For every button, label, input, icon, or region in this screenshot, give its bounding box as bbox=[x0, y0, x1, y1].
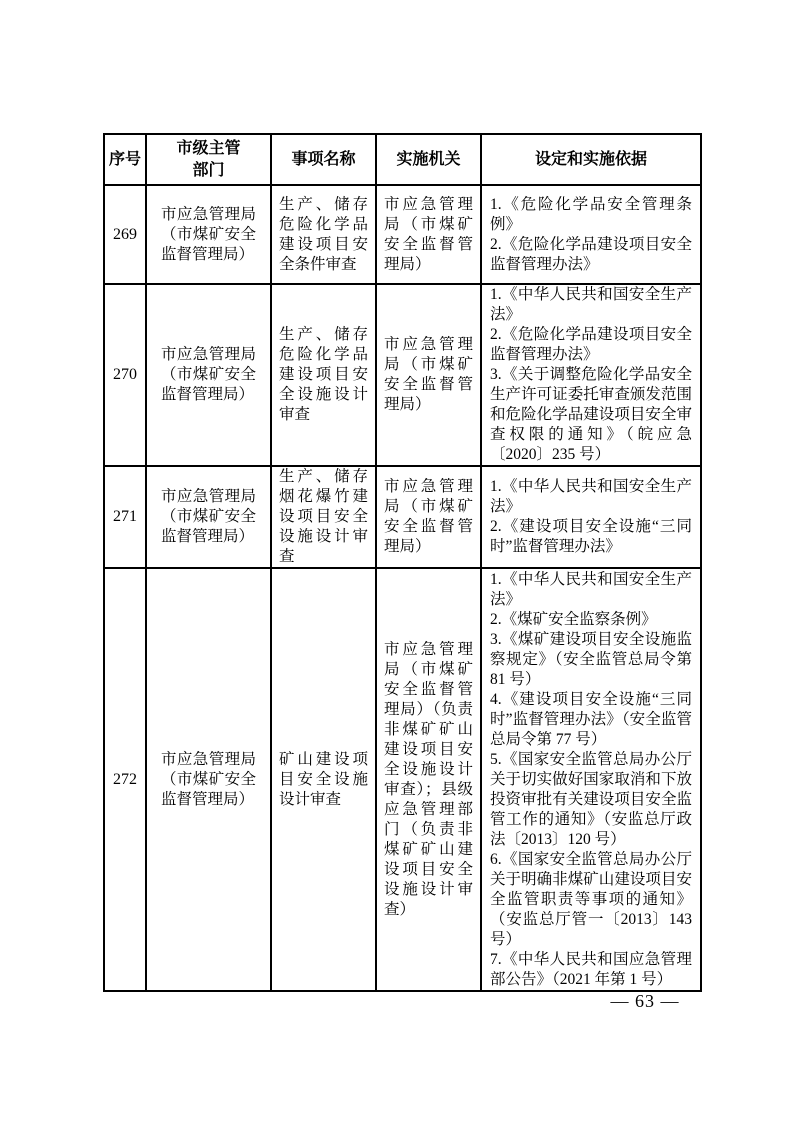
cell-legal-basis: 1.《危险化学品安全管理条例》 2.《危险化学品建设项目安全监督管理办法》 bbox=[481, 185, 701, 284]
cell-legal-basis: 1.《中华人民共和国安全生产法》 2.《危险化学品建设项目安全监督管理办法》 3… bbox=[481, 284, 701, 466]
column-header-legal-basis: 设定和实施依据 bbox=[481, 134, 701, 185]
cell-implementing-agency: 市应急管理局（市煤矿安全监督管理局）（负责非煤矿矿山建设项目安全设施设计审查）；… bbox=[376, 568, 481, 991]
cell-department: 市应急管理局（市煤矿安全监督管理局） bbox=[146, 185, 271, 284]
column-header-department-label: 市级主管部门 bbox=[175, 138, 243, 182]
cell-implementing-agency: 市应急管理局（市煤矿安全监督管理局） bbox=[376, 284, 481, 466]
cell-item-name: 生产、储存危险化学品建设项目安全条件审查 bbox=[271, 185, 376, 284]
cell-serial-number: 271 bbox=[104, 466, 146, 568]
cell-item-name: 生产、储存危险化学品建设项目安全设施设计审查 bbox=[271, 284, 376, 466]
approval-items-table: 序号 市级主管部门 事项名称 实施机关 设定和实施依据 269 市应急管理局（市… bbox=[103, 133, 702, 992]
table-row: 272 市应急管理局（市煤矿安全监督管理局） 矿山建设项目安全设施设计审查 市应… bbox=[104, 568, 701, 991]
header-row: 序号 市级主管部门 事项名称 实施机关 设定和实施依据 bbox=[104, 134, 701, 185]
column-header-serial-number: 序号 bbox=[104, 134, 146, 185]
cell-implementing-agency: 市应急管理局（市煤矿安全监督管理局） bbox=[376, 185, 481, 284]
page-number: — 63 — bbox=[585, 991, 705, 1012]
table-row: 270 市应急管理局（市煤矿安全监督管理局） 生产、储存危险化学品建设项目安全设… bbox=[104, 284, 701, 466]
cell-item-name: 矿山建设项目安全设施设计审查 bbox=[271, 568, 376, 991]
cell-department: 市应急管理局（市煤矿安全监督管理局） bbox=[146, 466, 271, 568]
cell-department: 市应急管理局（市煤矿安全监督管理局） bbox=[146, 284, 271, 466]
cell-serial-number: 272 bbox=[104, 568, 146, 991]
cell-legal-basis: 1.《中华人民共和国安全生产法》 2.《建设项目安全设施“三同时”监督管理办法》 bbox=[481, 466, 701, 568]
table-row: 269 市应急管理局（市煤矿安全监督管理局） 生产、储存危险化学品建设项目安全条… bbox=[104, 185, 701, 284]
cell-item-name: 生产、储存烟花爆竹建设项目安全设施设计审查 bbox=[271, 466, 376, 568]
cell-department: 市应急管理局（市煤矿安全监督管理局） bbox=[146, 568, 271, 991]
cell-serial-number: 269 bbox=[104, 185, 146, 284]
table-row: 271 市应急管理局（市煤矿安全监督管理局） 生产、储存烟花爆竹建设项目安全设施… bbox=[104, 466, 701, 568]
column-header-implementing-agency: 实施机关 bbox=[376, 134, 481, 185]
cell-serial-number: 270 bbox=[104, 284, 146, 466]
column-header-department: 市级主管部门 bbox=[146, 134, 271, 185]
cell-legal-basis: 1.《中华人民共和国安全生产法》 2.《煤矿安全监察条例》 3.《煤矿建设项目安… bbox=[481, 568, 701, 991]
column-header-item-name: 事项名称 bbox=[271, 134, 376, 185]
document-page: 序号 市级主管部门 事项名称 实施机关 设定和实施依据 269 市应急管理局（市… bbox=[0, 0, 793, 1122]
cell-implementing-agency: 市应急管理局（市煤矿安全监督管理局） bbox=[376, 466, 481, 568]
